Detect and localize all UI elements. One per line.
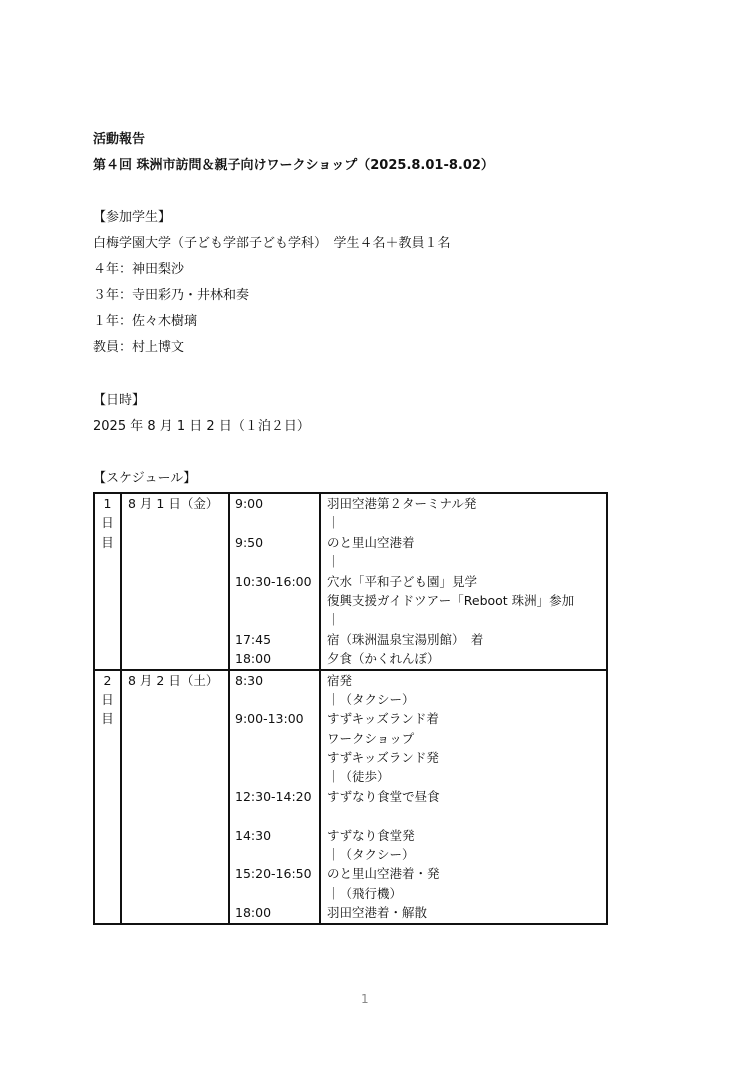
- schedule-event: 宿発: [327, 671, 606, 690]
- schedule-event: 復興支援ガイドツアー「Reboot 珠洲」参加: [327, 591, 606, 610]
- schedule-time: [235, 610, 319, 629]
- participant-member: 教員：村上博文: [93, 339, 184, 357]
- participants-heading: 【参加学生】: [93, 209, 171, 227]
- time-cell: 9:009:5010:30-16:0017:4518:00: [229, 493, 320, 670]
- date-cell: 8 月 1 日（金）: [121, 493, 229, 670]
- date-text: 8 月 2 日（土）: [128, 671, 228, 690]
- schedule-event: ｜（徒歩）: [327, 767, 606, 786]
- schedule-time: [235, 845, 319, 864]
- schedule-time: 14:30: [235, 826, 319, 845]
- schedule-time: 12:30-14:20: [235, 787, 319, 806]
- schedule-event: ｜（飛行機）: [327, 884, 606, 903]
- schedule-event: 宿（珠洲温泉宝湯別館） 着: [327, 630, 606, 649]
- schedule-event: 羽田空港第２ターミナル発: [327, 494, 606, 513]
- schedule-time: [235, 591, 319, 610]
- schedule-time: 18:00: [235, 903, 319, 922]
- schedule-event: のと里山空港着: [327, 533, 606, 552]
- schedule-time: 9:00-13:00: [235, 709, 319, 728]
- schedule-event: すずなり食堂で昼食: [327, 787, 606, 806]
- schedule-table: 1日目8 月 1 日（金）9:009:5010:30-16:0017:4518:…: [93, 492, 608, 925]
- schedule-time: [235, 690, 319, 709]
- day-label-char: 2: [95, 671, 120, 690]
- document-page: 活動報告 第４回 珠洲市訪問＆親子向けワークショップ（2025.8.01-8.0…: [0, 0, 736, 1069]
- participant-member: １年：佐々木樹璃: [93, 313, 197, 331]
- day-label-char: 目: [95, 709, 120, 728]
- report-title: 活動報告: [93, 131, 145, 149]
- schedule-event: ｜（タクシー）: [327, 845, 606, 864]
- page-number: 1: [361, 992, 369, 1006]
- participant-member: ３年：寺田彩乃・井林和奏: [93, 287, 249, 305]
- schedule-event: すずキッズランド着: [327, 709, 606, 728]
- schedule-time: 17:45: [235, 630, 319, 649]
- schedule-time: [235, 748, 319, 767]
- schedule-time: 9:00: [235, 494, 319, 513]
- schedule-event: すずキッズランド発: [327, 748, 606, 767]
- day-label-cell: 1日目: [94, 493, 121, 670]
- schedule-time: [235, 513, 319, 532]
- schedule-time: [235, 767, 319, 786]
- report-subtitle: 第４回 珠洲市訪問＆親子向けワークショップ（2025.8.01-8.02）: [93, 157, 494, 175]
- schedule-event: ｜: [327, 552, 606, 571]
- event-cell: 宿発｜（タクシー）すずキッズランド着ワークショップすずキッズランド発｜（徒歩）す…: [320, 670, 607, 924]
- schedule-event: 羽田空港着・解散: [327, 903, 606, 922]
- schedule-event: ｜（タクシー）: [327, 690, 606, 709]
- participants-affiliation: 白梅学園大学（子ども学部子ども学科） 学生４名＋教員１名: [93, 235, 451, 253]
- schedule-time: 18:00: [235, 649, 319, 668]
- schedule-day-row: 1日目8 月 1 日（金）9:009:5010:30-16:0017:4518:…: [94, 493, 607, 670]
- schedule-time: [235, 729, 319, 748]
- schedule-time: [235, 552, 319, 571]
- day-label-char: 1: [95, 494, 120, 513]
- schedule-event: 夕食（かくれんぼ）: [327, 649, 606, 668]
- schedule-time: [235, 806, 319, 825]
- schedule-event: ｜: [327, 610, 606, 629]
- day-label-char: 日: [95, 690, 120, 709]
- schedule-heading: 【スケジュール】: [93, 470, 196, 488]
- day-label-char: 目: [95, 533, 120, 552]
- schedule-event: のと里山空港着・発: [327, 864, 606, 883]
- day-label-cell: 2日目: [94, 670, 121, 924]
- time-cell: 8:309:00-13:0012:30-14:2014:3015:20-16:5…: [229, 670, 320, 924]
- schedule-day-row: 2日目8 月 2 日（土）8:309:00-13:0012:30-14:2014…: [94, 670, 607, 924]
- schedule-time: 9:50: [235, 533, 319, 552]
- schedule-event: ワークショップ: [327, 729, 606, 748]
- schedule-time: 15:20-16:50: [235, 864, 319, 883]
- schedule-time: [235, 884, 319, 903]
- date-text: 8 月 1 日（金）: [128, 494, 228, 513]
- day-label-char: 日: [95, 513, 120, 532]
- schedule-event: ｜: [327, 513, 606, 532]
- schedule-event: 穴水「平和子ども園」見学: [327, 572, 606, 591]
- schedule-time: 10:30-16:00: [235, 572, 319, 591]
- schedule-event: [327, 806, 606, 825]
- datetime-heading: 【日時】: [93, 392, 145, 410]
- event-cell: 羽田空港第２ターミナル発｜のと里山空港着｜穴水「平和子ども園」見学復興支援ガイド…: [320, 493, 607, 670]
- schedule-time: 8:30: [235, 671, 319, 690]
- schedule-event: すずなり食堂発: [327, 826, 606, 845]
- date-cell: 8 月 2 日（土）: [121, 670, 229, 924]
- datetime-value: 2025 年 8 月 1 日 2 日（１泊２日）: [93, 418, 310, 436]
- participant-member: ４年：神田梨沙: [93, 261, 184, 279]
